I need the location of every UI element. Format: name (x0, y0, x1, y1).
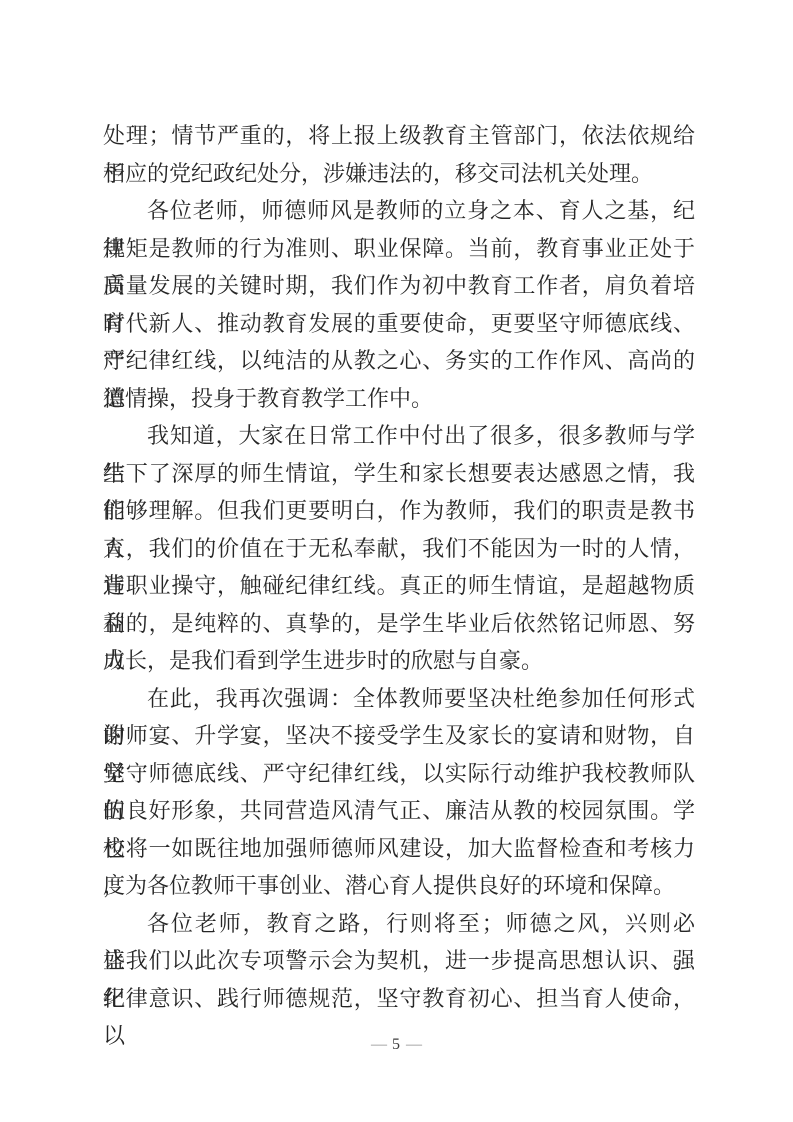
text-line: 相应的党纪政纪处分，涉嫌违法的，移交司法机关处理。 (103, 155, 695, 193)
text-line: 处理；情节严重的，将上报上级教育主管部门，依法依规给予 (103, 117, 695, 155)
text-line: 人，我们的价值在于无私奉献，我们不能因为一时的人情，违 (103, 530, 695, 568)
document-page: 处理；情节严重的，将上报上级教育主管部门，依法依规给予 相应的党纪政纪处分，涉嫌… (0, 0, 793, 1122)
text-line: 我知道，大家在日常工作中付出了很多，很多教师与学生 (103, 417, 695, 455)
text-line: 让我们以此次专项警示会为契机，进一步提高思想认识、强化 (103, 942, 695, 980)
text-line: 守纪律红线，以纯洁的从教之心、务实的工作作风、高尚的道 (103, 342, 695, 380)
text-line: 谢师宴、升学宴，坚决不接受学生及家长的宴请和财物，自觉 (103, 717, 695, 755)
text-line: 质量发展的关键时期，我们作为初中教育工作者，肩负着培育 (103, 267, 695, 305)
text-line: 规矩是教师的行为准则、职业保障。当前，教育事业正处于高 (103, 230, 695, 268)
text-line: 各位老师，教育之路，行则将至；师德之风，兴则必盛。 (103, 905, 695, 943)
document-body: 处理；情节严重的，将上报上级教育主管部门，依法依规给予 相应的党纪政纪处分，涉嫌… (103, 117, 695, 1017)
page-number: 5 (392, 1036, 401, 1053)
text-line: 的良好形象，共同营造风清气正、廉洁从教的校园氛围。学校 (103, 792, 695, 830)
text-line: 纪律意识、践行师德规范，坚守教育初心、担当育人使命，以 (103, 980, 695, 1018)
text-line: 德情操，投身于教育教学工作中。 (103, 380, 695, 418)
text-line: 背职业操守，触碰纪律红线。真正的师生情谊，是超越物质利 (103, 567, 695, 605)
text-line: 也将一如既往地加强师德师风建设，加大监督检查和考核力度 (103, 830, 695, 868)
text-line: 在此，我再次强调：全体教师要坚决杜绝参加任何形式的 (103, 680, 695, 718)
text-line: 益的，是纯粹的、真挚的，是学生毕业后依然铭记师恩、努力 (103, 605, 695, 643)
page-footer: —5— (0, 1033, 793, 1057)
text-line: 能够理解。但我们更要明白，作为教师，我们的职责是教书育 (103, 492, 695, 530)
footer-dash-right: — (406, 1036, 422, 1053)
text-line: 各位老师，师德师风是教师的立身之本、育人之基，纪律 (103, 192, 695, 230)
text-line: ，为各位教师干事创业、潜心育人提供良好的环境和保障。 (103, 867, 695, 905)
text-line: 成长，是我们看到学生进步时的欣慰与自豪。 (103, 642, 695, 680)
text-line: 坚守师德底线、严守纪律红线，以实际行动维护我校教师队伍 (103, 755, 695, 793)
footer-dash-left: — (371, 1036, 387, 1053)
text-line: 结下了深厚的师生情谊，学生和家长想要表达感恩之情，我们 (103, 455, 695, 493)
text-line: 时代新人、推动教育发展的重要使命，更要坚守师德底线、严 (103, 305, 695, 343)
